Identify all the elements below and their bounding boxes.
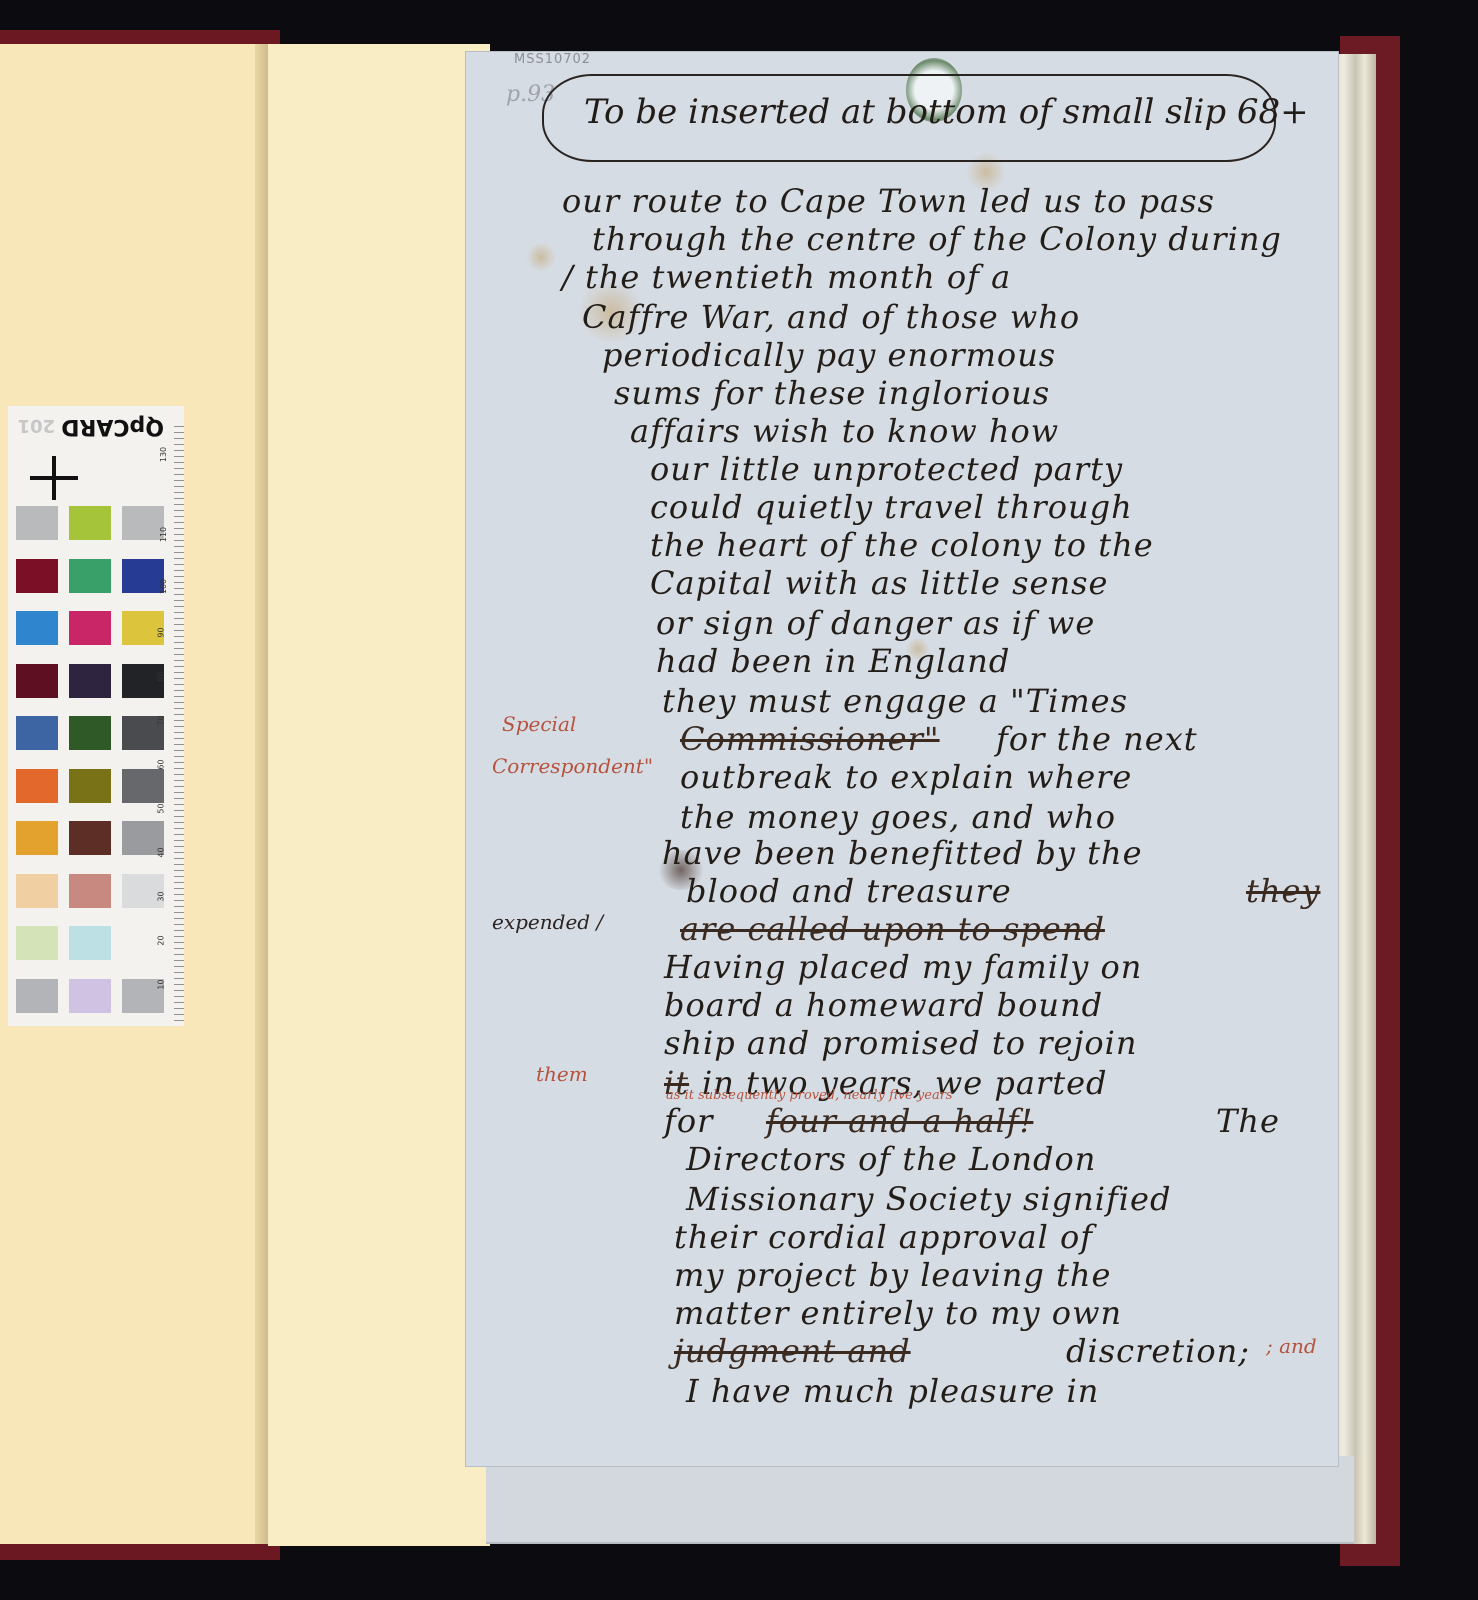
qpcard-logo: QpCARD201: [14, 414, 164, 439]
color-swatch: [16, 979, 58, 1013]
ruler-tick-label: 60: [157, 759, 166, 769]
ruler-tick-label: 130: [159, 447, 168, 462]
color-swatch: [16, 874, 58, 908]
text-line: Capital with as little sense: [650, 564, 1108, 602]
text-line: have been benefitted by the: [662, 834, 1143, 872]
color-calibration-card: QpCARD201 130110100908070605040302010: [8, 406, 184, 1026]
insertion-heading: To be inserted at bottom of small slip 6…: [584, 92, 1309, 132]
text-line: Directors of the London: [686, 1140, 1096, 1178]
text-line: could quietly travel through: [650, 488, 1133, 526]
text-line: discretion;: [1066, 1332, 1250, 1370]
margin-note: them: [536, 1062, 588, 1086]
color-swatch: [16, 769, 58, 803]
text-line: Having placed my family on: [664, 948, 1142, 986]
color-swatch: [69, 769, 111, 803]
color-swatch: [69, 559, 111, 593]
color-swatch: [69, 979, 111, 1013]
margin-note: Special: [502, 712, 576, 736]
text-line: blood and treasure: [686, 872, 1012, 910]
underlying-sheet: [486, 1456, 1354, 1544]
text-line: for the next: [996, 720, 1198, 758]
color-swatch: [69, 821, 111, 855]
ruler-tick-label: 110: [159, 527, 168, 542]
heading-cartouche: To be inserted at bottom of small slip 6…: [542, 74, 1276, 162]
text-line: through the centre of the Colony during: [592, 220, 1282, 258]
margin-note: Correspondent": [492, 754, 653, 778]
deleted-text: four and a half!: [766, 1102, 1033, 1140]
ruler-tick-label: 10: [157, 979, 166, 989]
text-line: board a homeward bound: [664, 986, 1103, 1024]
interlinear-insertion: as it subsequently proved, nearly five y…: [666, 1088, 953, 1103]
shelfmark: MSS10702: [514, 52, 591, 67]
color-swatch: [16, 611, 58, 645]
deleted-text: they: [1246, 872, 1320, 910]
text-line: the heart of the colony to the: [650, 526, 1154, 564]
deleted-text: Commissioner": [680, 720, 940, 758]
color-swatch: [69, 611, 111, 645]
color-swatch: [69, 506, 111, 540]
color-swatch: [69, 926, 111, 960]
text-line: The: [1216, 1102, 1280, 1140]
text-line: our route to Cape Town led us to pass: [562, 182, 1215, 220]
color-swatch: [122, 559, 164, 593]
text-line: periodically pay enormous: [602, 336, 1056, 374]
text-line: outbreak to explain where: [680, 758, 1132, 796]
color-swatch: [69, 716, 111, 750]
color-swatch: [69, 664, 111, 698]
text-line: had been in England: [656, 642, 1010, 680]
text-line: matter entirely to my own: [674, 1294, 1122, 1332]
text-line: our little unprotected party: [650, 450, 1123, 488]
margin-note: ; and: [1266, 1334, 1317, 1358]
ruler-tick-label: 100: [159, 579, 168, 594]
crosshair-icon: [52, 456, 56, 500]
text-line: Missionary Society signified: [686, 1180, 1171, 1218]
ruler-tick-label: 20: [157, 935, 166, 945]
ruler-tick-label: 80: [157, 671, 166, 681]
color-swatch: [16, 821, 58, 855]
text-line: their cordial approval of: [674, 1218, 1093, 1256]
text-line: my project by leaving the: [674, 1256, 1111, 1294]
deleted-text: are called upon to spend: [680, 910, 1105, 948]
margin-note: expended /: [492, 910, 603, 934]
gutter-shadow: [255, 44, 269, 1544]
text-line: ship and promised to rejoin: [664, 1024, 1137, 1062]
ruler-tick-label: 90: [157, 627, 166, 637]
manuscript-page: MSS10702 p.93 To be inserted at bottom o…: [466, 52, 1338, 1466]
text-line: the money goes, and who: [680, 798, 1116, 836]
text-line: I have much pleasure in: [686, 1372, 1099, 1410]
foxing-stain: [526, 242, 556, 272]
color-swatch: [122, 506, 164, 540]
color-swatch: [16, 506, 58, 540]
ruler-tick-label: 50: [157, 803, 166, 813]
text-line: Caffre War, and of those who: [582, 298, 1080, 336]
color-swatch: [16, 664, 58, 698]
text-line: / the twentieth month of a: [562, 258, 1011, 296]
text-line: or sign of danger as if we: [656, 604, 1095, 642]
deleted-text: judgment and: [674, 1332, 911, 1370]
ruler-tick-label: 70: [157, 715, 166, 725]
color-swatch: [16, 716, 58, 750]
color-swatch: [122, 769, 164, 803]
ruler-tick-label: 30: [157, 891, 166, 901]
text-line: for: [664, 1102, 713, 1140]
color-swatch: [16, 559, 58, 593]
text-line: affairs wish to know how: [630, 412, 1059, 450]
ruler-tick-label: 40: [157, 847, 166, 857]
color-swatch: [69, 874, 111, 908]
guard-leaf: [268, 44, 490, 1546]
ruler-scale: [174, 426, 184, 1026]
color-swatch: [16, 926, 58, 960]
text-line: they must engage a "Times: [662, 682, 1128, 720]
text-line: sums for these inglorious: [614, 374, 1050, 412]
